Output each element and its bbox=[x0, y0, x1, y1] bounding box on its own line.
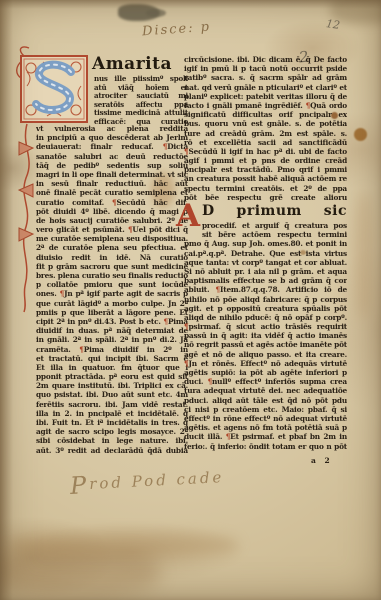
text-line: quo psistat. ibi. Duo aūt sunt etc. 4m d… bbox=[36, 390, 188, 399]
text-line: tāq̄ de pedibº sedentis sup soliū excels… bbox=[36, 161, 188, 170]
ink-smudge bbox=[146, 9, 166, 17]
text-line: ratibº sacra. s. q̄ sacrm spālr ad grām … bbox=[184, 73, 347, 82]
text-line: pōt bēe respectu grē create alioru cāita… bbox=[184, 193, 347, 202]
incunabulum-page-photo: Disce: p 12 2 Prod Pod cade Amarita nus … bbox=[0, 0, 381, 600]
right-column-text: circūcisione. ibi. Dic dicam ē. q̄ De fa… bbox=[184, 55, 347, 451]
text-line: ture ad creādū grām. 2m est spāle. s. pp… bbox=[184, 129, 347, 138]
text-line: nat. qd verū gnāle n pticulariº et clari… bbox=[184, 83, 347, 92]
text-line: que curāt lāgidº a morbo culpe. Jn 2ª de bbox=[36, 299, 188, 308]
text-line: in sesū finalr reductiuū. hāc aūt reduct… bbox=[36, 179, 188, 188]
chapter-heading: Amarita bbox=[92, 54, 189, 74]
text-line: diuidif in duas. pª nāq̄ determiat de sa… bbox=[36, 326, 188, 335]
text-line: agif i pmmi et p pns de ordine creād grā… bbox=[184, 156, 347, 165]
text-line: an creatura possit habē aliquā actōem re bbox=[184, 174, 347, 183]
ad-primum-section: A D primum sic procedif. et arguif q̄ cr… bbox=[184, 202, 347, 451]
text-line: vero glicāt et psūmāt. ¶Uel pōt dici q̄ … bbox=[36, 225, 188, 234]
text-line: pmo q̄ Aug. sup Joh. omes.80. et ponit i… bbox=[184, 239, 347, 248]
inscription-initial: P bbox=[69, 471, 90, 500]
text-line: tissime medicinā attulit bbox=[94, 109, 188, 118]
text-line: vt vulnerosia ac plena reddita sanitate: bbox=[36, 124, 188, 133]
text-line: rō et excellētia sacii ad sanctificādū a… bbox=[184, 138, 347, 147]
page-top-edge-shadow bbox=[0, 0, 381, 9]
text-line: atū viāq̄ hoīem et bbox=[94, 84, 188, 93]
text-line: me curatōe semiplena seu dispositiua. et bbox=[36, 234, 188, 243]
text-line: igif in pmū li p tacū notū occurrit psid… bbox=[184, 64, 347, 73]
text-line: Et illa in quatuor. fm q̄tuor que i pbem… bbox=[36, 363, 188, 372]
text-line: agit de sacro scipo legis mosayce. 2ª q̄… bbox=[36, 427, 188, 436]
text-line: atrociter sauciatū mi bbox=[94, 92, 188, 101]
text-line: ferio:. q̄ inferio: ōndit totam er quo n… bbox=[184, 442, 347, 451]
text-line: ducit illā. ¶Et psirmaf. et pbaf bn 2m i… bbox=[184, 432, 347, 441]
stain bbox=[0, 548, 160, 596]
foxing-spot bbox=[354, 128, 367, 141]
text-line: de hois saucij curatiōe salubri. 2º de h… bbox=[36, 216, 188, 225]
text-line: sanatōe salubri ac deuū reductōe finali bbox=[36, 152, 188, 161]
text-line: ¶Secūdū li igif in hac pª di. ubi de fac… bbox=[184, 147, 347, 156]
page-left-edge-shadow bbox=[0, 0, 13, 600]
text-line: pduci. aliqd aūt tāle est q̄d nō pōt pdu bbox=[184, 396, 347, 405]
text-line: nō regrit passū et agēs actōe imanēte pō… bbox=[184, 340, 347, 349]
text-line: aūt. 3º redit ad declarādū q̄dā dubia de bbox=[36, 446, 188, 455]
text-line: ¶psirmaf. q̄ sicut actio trāsiēs requiri… bbox=[184, 322, 347, 331]
text-line: agētis supiō: ia pōt ab agēte inferiori … bbox=[184, 368, 347, 377]
text-line: pmiis p que liberāt a lāgore pene. Et in bbox=[36, 308, 188, 317]
text-line: agētis. et agens nō fm totā potētiā suā … bbox=[184, 423, 347, 432]
text-line: effectº in rōne effectº nō adequat virtu… bbox=[184, 414, 347, 423]
text-line: magri in li ope finali determinat. vt si… bbox=[36, 170, 188, 179]
text-line: passū in q̄ agit: ita vidēf q̄ actio ima… bbox=[184, 331, 347, 340]
right-column-lower-text: procedif. et arguif q̄ creatura possit b… bbox=[184, 221, 347, 451]
text-line: ci nisi p creatōem etc. Maio: pbaf. q̄ s… bbox=[184, 405, 347, 414]
text-line: pncipalr est tractādū. Pmo qrif i pmmi bbox=[184, 165, 347, 174]
text-line: et tractatū. qui incipit ibi. Sacrm ē sa… bbox=[36, 354, 188, 363]
text-line: fit p grām sacroru que sunt medicine sal… bbox=[36, 262, 188, 271]
left-column-indented-text: nus ille piissimº spoliatū viāq̄ hoīem e… bbox=[94, 75, 188, 126]
text-line: ferētiis sacroru. ibi. Jam vidē restat. … bbox=[36, 400, 188, 409]
text-line: duci. ¶nullº effectº inferiōs supma crea bbox=[184, 377, 347, 386]
text-line: aliqd de nihilo pducē: q̄ nō opāf p corp… bbox=[184, 313, 347, 322]
text-line: in pncipiū a quo descēderat ab Jerlm bbox=[36, 133, 188, 142]
text-line: in gnāli. 2ª in spāli. 2ª in pnº di.2. J… bbox=[36, 335, 188, 344]
ink-smudge bbox=[118, 4, 160, 21]
text-line: cramēta. ¶Pima diuidif in 2º in pbemiū bbox=[36, 345, 188, 354]
pencil-mark-corner: 12 bbox=[325, 17, 341, 32]
stain bbox=[8, 532, 238, 558]
text-line: cai.pª.q.pª. Detrahe. Que est ista virtu… bbox=[184, 249, 347, 258]
section-heading: D primum sic bbox=[202, 202, 347, 221]
text-line: bres. plena curatio seu finalis reductio… bbox=[36, 271, 188, 280]
text-line: p collatōe pmioru que sunt iocūde refect… bbox=[36, 280, 188, 289]
text-line: circūcisione. ibi. Dic dicam ē. q̄ De fa… bbox=[184, 55, 347, 64]
text-line: abluit. ¶Item.87.q.q.78. Artificio iō de bbox=[184, 285, 347, 294]
text-line: tura adequat virtutē dei. nec adequatiōe bbox=[184, 386, 347, 395]
text-line: 2m quare institutū. ibi. Triplici ex cā.… bbox=[36, 381, 188, 390]
ownership-inscription: Prod Pod cade bbox=[69, 464, 225, 500]
left-column-text: vt vulnerosia ac plena reddita sanitate:… bbox=[36, 124, 188, 455]
text-line: spectu termini creatōis. et 2º de ppa rō… bbox=[184, 184, 347, 193]
text-line: ibi. Fuit tn. Et iª incidētalis in tres.… bbox=[36, 418, 188, 427]
text-line: diuisio redit in idē. Nā curatio semiple… bbox=[36, 253, 188, 262]
text-line: sibi cōsidebat in lege nature. ibi. Quer… bbox=[36, 436, 188, 445]
text-line: ones. ¶Jn pª igif parte agit de sacris p bbox=[36, 289, 188, 298]
handwritten-inscription-top: Disce: p bbox=[142, 20, 212, 40]
text-line: agit. et p oppositū creatura spūalis pōt bbox=[184, 304, 347, 313]
text-line: Si nō abluit pr. i aia nil p grām. et aq… bbox=[184, 267, 347, 276]
right-column-upper-text: circūcisione. ibi. Dic dicam ē. q̄ De fa… bbox=[184, 55, 347, 202]
text-line: bus. quoru vnū est gnāle. s. de potētia … bbox=[184, 119, 347, 128]
text-line: illa in 2. in pncipalē et incidētalē. q̄… bbox=[36, 409, 188, 418]
inscription-text: rod Pod cade bbox=[89, 468, 225, 493]
text-line: pōt diuidi 4º libē. dicendo q̄ magi p ag… bbox=[36, 207, 188, 216]
text-line: planiº explicet: patebit veritas illoru … bbox=[184, 92, 347, 101]
text-line: nihilo nō pōe aliqd fabricare: q̄ p corp… bbox=[184, 295, 347, 304]
quire-signature: a 2 bbox=[311, 456, 333, 465]
text-line: sit bēre actōem respectu termini creatiō… bbox=[202, 230, 347, 239]
text-line: curatio comitaf. ¶Secūdū hāc dii. igitur bbox=[36, 198, 188, 207]
text-line: 2ª de curatōe plena seu pfectiua. et vsq… bbox=[36, 243, 188, 252]
rubric-initial-a: A bbox=[176, 203, 199, 231]
text-line: deuiauerat: finalr reducaf. ¶Dicta sauci… bbox=[36, 142, 188, 151]
text-line: agē et nō de aliquo passo. et ita creare… bbox=[184, 350, 347, 359]
stain bbox=[330, 0, 381, 24]
text-line: onē finalē pecāt curatio semiplena et pl… bbox=[36, 188, 188, 197]
text-line: ¶Jn et rōnēs. Effectº nō adequās virtutē bbox=[184, 359, 347, 368]
stain bbox=[354, 190, 374, 320]
text-line: cipit 2ª in pnº di.43. Post b etc. ¶Pima bbox=[36, 317, 188, 326]
text-line: procedif. et arguif q̄ creatura pos bbox=[202, 221, 347, 230]
text-line: significatū difficultas orif pncipalr ex… bbox=[184, 110, 347, 119]
text-line: baptismalis effectue se b ad grām q̄ cor bbox=[184, 276, 347, 285]
text-line: facto i gnāli pmanē ingrēdiēf. ¶Quā ordo bbox=[184, 101, 347, 110]
text-line: pponit ptractāda. pª eoru est quid sit s… bbox=[36, 372, 188, 381]
text-line: nus ille piissimº spoli bbox=[94, 75, 188, 84]
text-line: seratōis affectu ppa bbox=[94, 101, 188, 110]
text-line: aque tanta: vt corpº tangat et cor ablua… bbox=[184, 258, 347, 267]
